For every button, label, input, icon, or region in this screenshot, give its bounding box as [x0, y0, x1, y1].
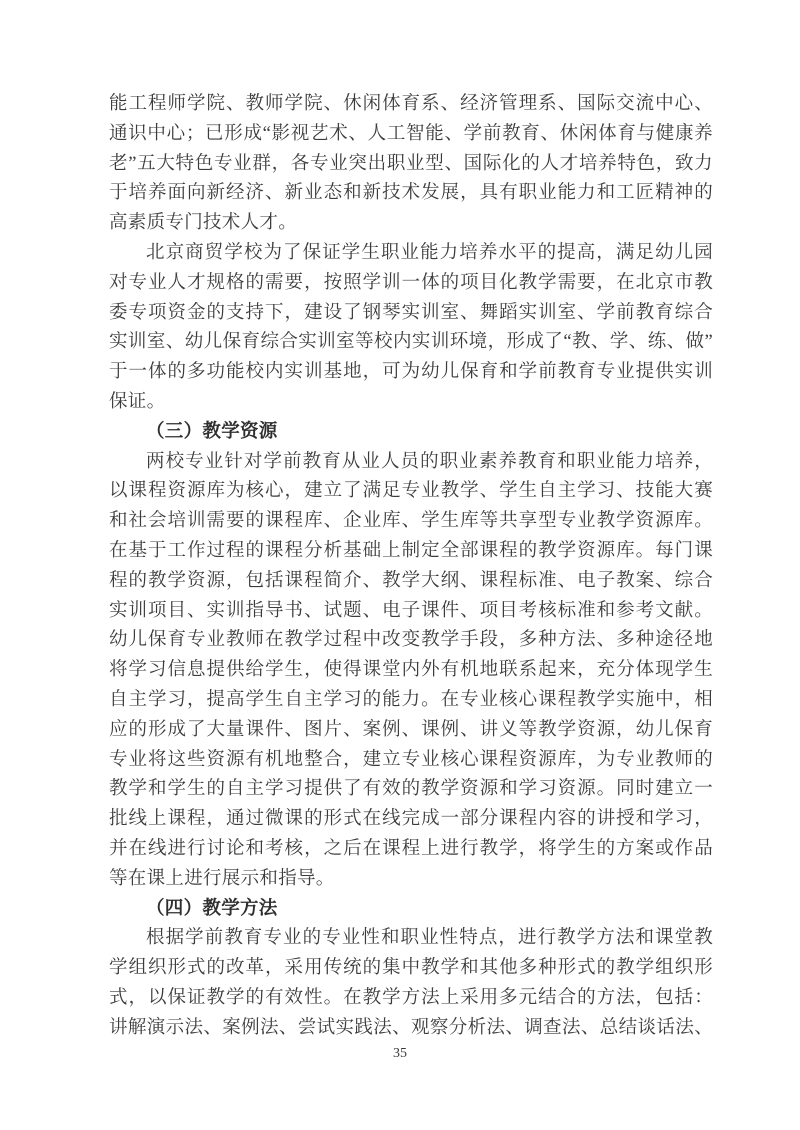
text-line: 实训室、幼儿保育综合实训室等校内实训环境，形成了“教、学、练、做” — [109, 328, 713, 358]
text-line: 以课程资源库为核心，建立了满足专业教学、学生自主学习、技能大赛 — [109, 477, 713, 507]
text-line: 式，以保证教学的有效性。在教学方法上采用多元结合的方法，包括： — [109, 984, 713, 1014]
text-line: 通识中心；已形成“影视艺术、人工智能、学前教育、休闲体育与健康养 — [109, 120, 713, 150]
text-line: 批线上课程，通过微课的形式在线完成一部分课程内容的讲授和学习， — [109, 805, 713, 835]
text-line: 实训项目、实训指导书、试题、电子课件、项目考核标准和参考文献。 — [109, 597, 713, 627]
page-number: 35 — [0, 1046, 800, 1062]
text-line: 并在线进行讨论和考核，之后在课程上进行教学，将学生的方案或作品 — [109, 835, 713, 865]
text-line: 对专业人才规格的需要，按照学训一体的项目化教学需要，在北京市教 — [109, 269, 713, 299]
text-line: 高素质专门技术人才。 — [109, 209, 713, 239]
text-line: 专业将这些资源有机地整合，建立专业核心课程资源库，为专业教师的 — [109, 746, 713, 776]
document-page: 能工程师学院、教师学院、休闲体育系、经济管理系、国际交流中心、 通识中心；已形成… — [0, 0, 800, 1130]
text-line: 在基于工作过程的课程分析基础上制定全部课程的教学资源库。每门课 — [109, 537, 713, 567]
text-line: 保证。 — [109, 388, 713, 418]
paragraph-2: 北京商贸学校为了保证学生职业能力培养水平的提高，满足幼儿园 对专业人才规格的需要… — [109, 239, 713, 418]
text-line: 自主学习，提高学生自主学习的能力。在专业核心课程教学实施中，相 — [109, 686, 713, 716]
text-line: 于一体的多功能校内实训基地，可为幼儿保育和学前教育专业提供实训 — [109, 358, 713, 388]
text-line: 北京商贸学校为了保证学生职业能力培养水平的提高，满足幼儿园 — [109, 239, 713, 269]
text-line: 将学习信息提供给学生，使得课堂内外有机地联系起来，充分体现学生 — [109, 656, 713, 686]
text-line: 讲解演示法、案例法、尝试实践法、观察分析法、调查法、总结谈话法、 — [109, 1014, 713, 1044]
text-line: 于培养面向新经济、新业态和新技术发展，具有职业能力和工匠精神的 — [109, 179, 713, 209]
document-body: 能工程师学院、教师学院、休闲体育系、经济管理系、国际交流中心、 通识中心；已形成… — [109, 90, 713, 1044]
paragraph-3: 两校专业针对学前教育从业人员的职业素养教育和职业能力培养， 以课程资源库为核心，… — [109, 448, 713, 895]
paragraph-4: 根据学前教育专业的专业性和职业性特点，进行教学方法和课堂教 学组织形式的改革，采… — [109, 924, 713, 1043]
text-line: 程的教学资源，包括课程简介、教学大纲、课程标准、电子教案、综合 — [109, 567, 713, 597]
text-line: 和社会培训需要的课程库、企业库、学生库等共享型专业教学资源库。 — [109, 507, 713, 537]
text-line: 老”五大特色专业群，各专业突出职业型、国际化的人才培养特色，致力 — [109, 150, 713, 180]
paragraph-1: 能工程师学院、教师学院、休闲体育系、经济管理系、国际交流中心、 通识中心；已形成… — [109, 90, 713, 239]
text-line: 能工程师学院、教师学院、休闲体育系、经济管理系、国际交流中心、 — [109, 90, 713, 120]
section-heading-teaching-methods: （四）教学方法 — [109, 895, 713, 925]
text-line: 委专项资金的支持下，建设了钢琴实训室、舞蹈实训室、学前教育综合 — [109, 299, 713, 329]
text-line: 两校专业针对学前教育从业人员的职业素养教育和职业能力培养， — [109, 448, 713, 478]
text-line: 幼儿保育专业教师在教学过程中改变教学手段，多种方法、多种途径地 — [109, 626, 713, 656]
text-line: 根据学前教育专业的专业性和职业性特点，进行教学方法和课堂教 — [109, 924, 713, 954]
text-line: 教学和学生的自主学习提供了有效的教学资源和学习资源。同时建立一 — [109, 775, 713, 805]
text-line: 学组织形式的改革，采用传统的集中教学和其他多种形式的教学组织形 — [109, 954, 713, 984]
text-line: 应的形成了大量课件、图片、案例、课例、讲义等教学资源，幼儿保育 — [109, 716, 713, 746]
text-line: 等在课上进行展示和指导。 — [109, 865, 713, 895]
section-heading-teaching-resources: （三）教学资源 — [109, 418, 713, 448]
